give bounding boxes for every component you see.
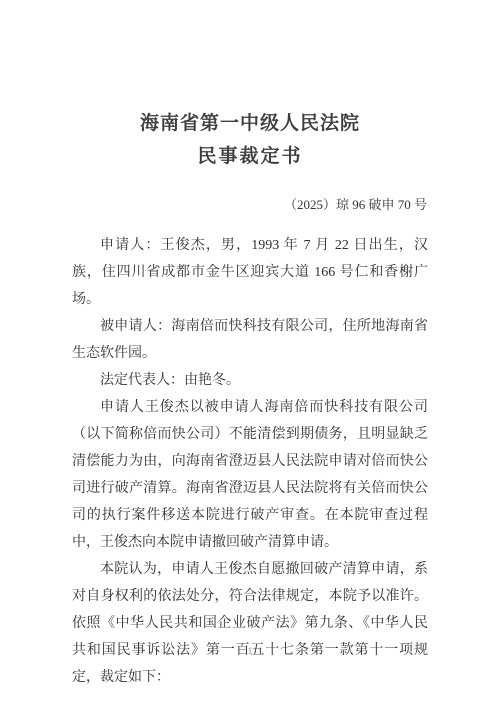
document-page: 海南省第一中级人民法院 民事裁定书 （2025）琼 96 破申 70 号 申请人…	[0, 0, 500, 707]
paragraph-applicant: 申请人：王俊杰，男，1993 年 7 月 22 日出生，汉族，住四川省成都市金牛…	[72, 232, 428, 313]
page-number: 1	[0, 645, 500, 657]
paragraph-respondent: 被申请人：海南倍而快科技有限公司，住所地海南省生态软件园。	[72, 313, 428, 367]
document-body: 申请人：王俊杰，男，1993 年 7 月 22 日出生，汉族，住四川省成都市金牛…	[72, 232, 428, 691]
paragraph-court-opinion: 本院认为，申请人王俊杰自愿撤回破产清算申请，系对自身权利的依法处分，符合法律规定…	[72, 556, 428, 691]
court-name-title: 海南省第一中级人民法院	[0, 112, 500, 136]
case-number: （2025）琼 96 破申 70 号	[0, 196, 500, 214]
paragraph-legal-representative: 法定代表人：由艳冬。	[72, 367, 428, 394]
paragraph-case-background: 申请人王俊杰以被申请人海南倍而快科技有限公司（以下简称倍而快公司）不能清偿到期债…	[72, 394, 428, 556]
document-type-title: 民事裁定书	[0, 145, 500, 169]
